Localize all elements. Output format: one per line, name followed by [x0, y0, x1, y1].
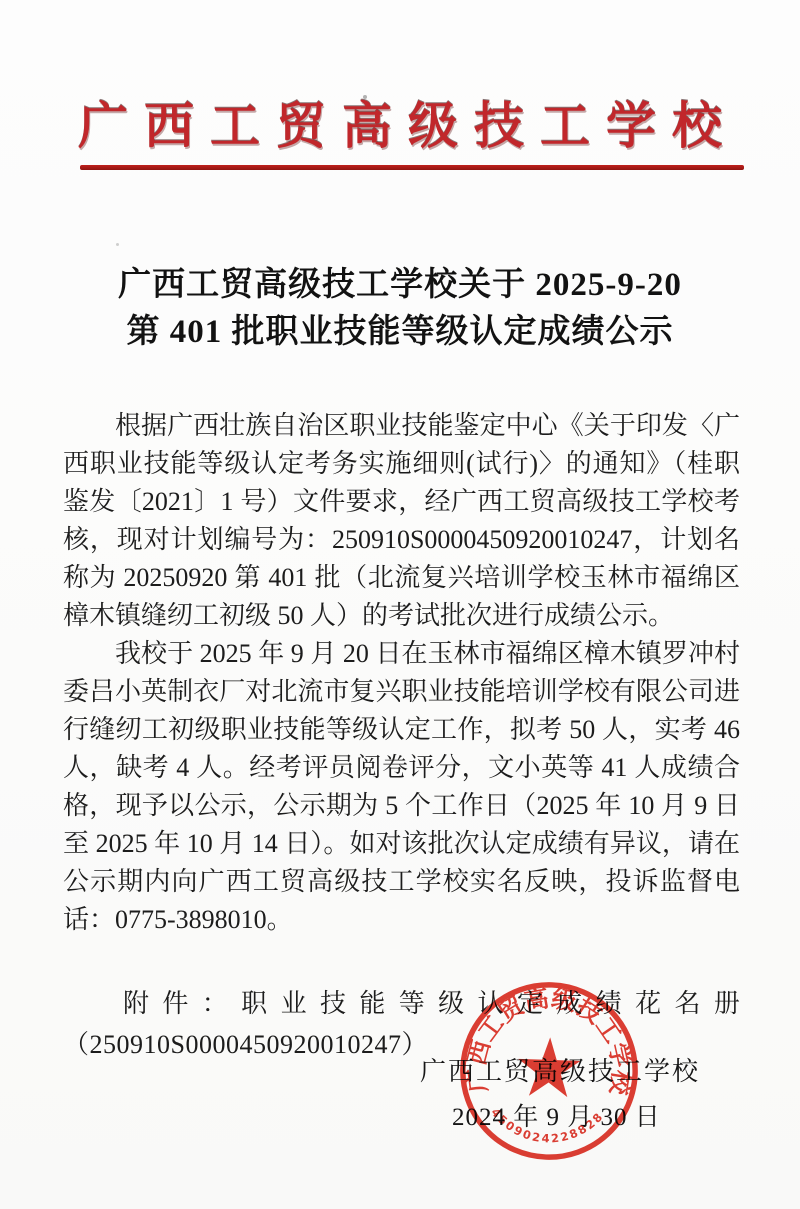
official-seal: 广西工贸高级技工学校 4509024228828 — [447, 969, 652, 1174]
body-paragraph-1: 根据广西壮族自治区职业技能鉴定中心《关于印发〈广西职业技能等级认定考务实施细则(… — [63, 407, 740, 635]
document-title-line1: 广西工贸高级技工学校关于 2025-9-20 — [0, 262, 800, 309]
letterhead: 广西工贸高级技工学校 — [0, 0, 800, 170]
letterhead-rule — [80, 165, 744, 170]
body-paragraph-2: 我校于 2025 年 9 月 20 日在玉林市福绵区樟木镇罗冲村委吕小英制衣厂对… — [63, 635, 740, 939]
seal-star-icon — [517, 1036, 581, 1097]
document-page: 广西工贸高级技工学校 广西工贸高级技工学校关于 2025-9-20 第 401 … — [0, 0, 800, 1209]
scan-speck — [116, 243, 119, 246]
scan-speck — [363, 95, 367, 99]
seal-serial: 4509024228828 — [487, 1105, 607, 1147]
svg-text:4509024228828: 4509024228828 — [487, 1105, 607, 1147]
document-body: 根据广西壮族自治区职业技能鉴定中心《关于印发〈广西职业技能等级认定考务实施细则(… — [63, 407, 740, 939]
letterhead-school-name: 广西工贸高级技工学校 — [78, 86, 738, 158]
document-title-line2: 第 401 批职业技能等级认定成绩公示 — [0, 309, 800, 356]
document-title: 广西工贸高级技工学校关于 2025-9-20 第 401 批职业技能等级认定成绩… — [0, 262, 800, 356]
